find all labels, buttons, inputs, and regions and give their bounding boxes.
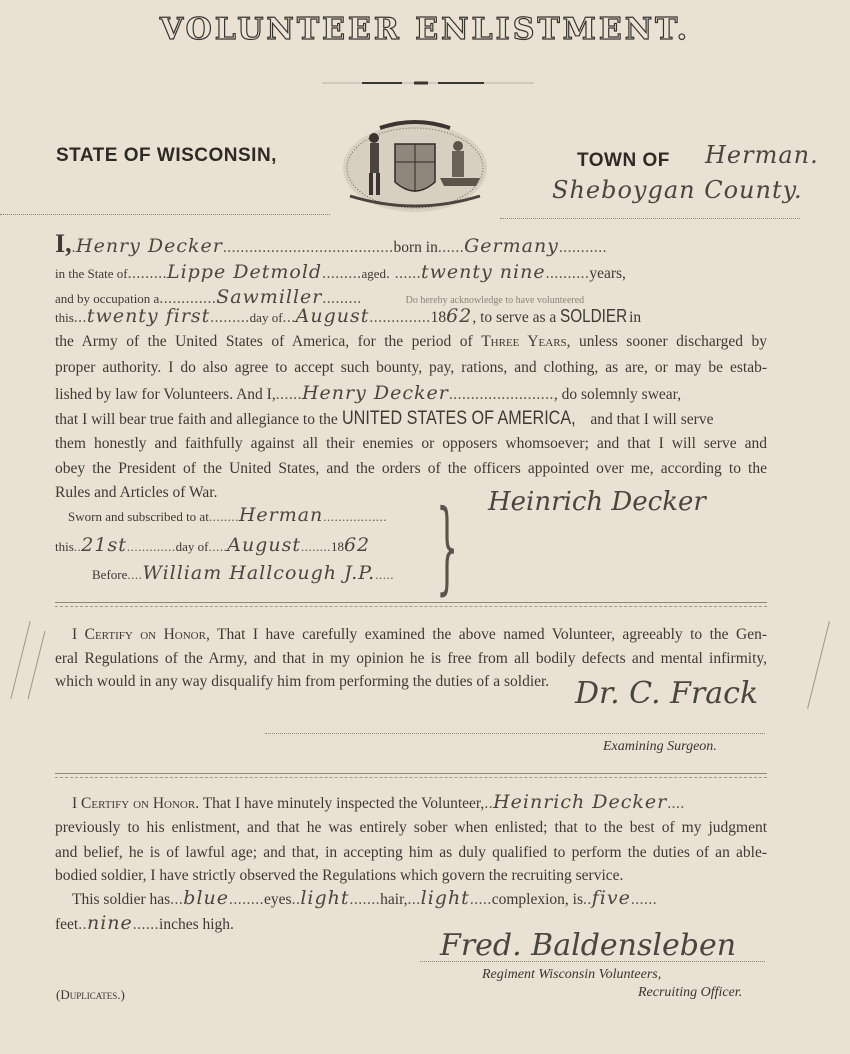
birth-state-field: Lippe Detmold (167, 261, 322, 283)
enlist-year-field: 62 (446, 305, 472, 327)
enlist-month-field: August (296, 305, 370, 327)
soldier-description-line: This soldier has...blue........eyes..lig… (72, 888, 767, 910)
sworn-bracket: } (436, 497, 458, 597)
volunteer-signature: Heinrich Decker (488, 487, 706, 517)
recruiter-signature: Fred. Baldensleben (440, 928, 736, 963)
county-name-handwritten: Sheboygan County. (552, 176, 803, 204)
sworn-day-field: 21st (81, 534, 127, 556)
enlistment-form: VOLUNTEER ENLISTMENT. STATE OF WISCONSIN… (0, 0, 850, 1054)
sworn-year-field: 62 (344, 534, 370, 556)
enlistment-line-state: in the State of.........Lippe Detmold...… (55, 262, 767, 284)
enlistment-para-6: obey the President of the United States,… (55, 459, 767, 479)
enlistment-para-4: that I will bear true faith and allegian… (55, 409, 767, 430)
surgeon-signature: Dr. C. Frack (575, 676, 758, 711)
town-name-handwritten: Herman. (705, 141, 819, 169)
feet-field: five (592, 887, 631, 909)
surgeon-cert-line-2: eral Regulations of the Army, and that i… (55, 649, 767, 669)
surgeon-title: Examining Surgeon. (603, 739, 717, 755)
regiment-label: Regiment Wisconsin Volunteers, (482, 967, 661, 983)
surgeon-cert-line-1: I Certify on Honor, That I have carefull… (72, 625, 767, 645)
enlistment-line-name: I,.Henry Decker.........................… (55, 234, 767, 258)
recruiter-cert-line-1: I Certify on Honor. That I have minutely… (72, 792, 767, 814)
enlistment-para-1: the Army of the United States of America… (55, 332, 767, 352)
recruiter-cert-line-4: bodied soldier, I have strictly observed… (55, 866, 767, 886)
officer-label: Recruiting Officer. (638, 985, 742, 1001)
recruiter-cert-line-3: and belief, he is of lawful age; and tha… (55, 843, 767, 863)
state-label: STATE OF WISCONSIN, (56, 145, 277, 167)
eyes-field: blue (183, 887, 229, 909)
sworn-before-line: Before....William Hallcough J.P...... (92, 563, 432, 585)
recruiter-signature-line (420, 961, 765, 962)
section-divider-2 (55, 773, 767, 778)
section-divider-1 (55, 602, 767, 607)
inches-field: nine (87, 912, 133, 934)
age-field: twenty nine (421, 261, 546, 283)
title-ornament-rule (322, 81, 534, 85)
document-title: VOLUNTEER ENLISTMENT. (0, 12, 850, 47)
enlistment-para-2: proper authority. I do also agree to acc… (55, 358, 767, 378)
birthplace-field: Germany (464, 235, 559, 257)
recruiter-cert-line-2: previously to his enlistment, and that h… (55, 818, 767, 838)
sworn-place-field: Herman (239, 504, 323, 526)
duplicates-note: (Duplicates.) (56, 987, 125, 1003)
sworn-before-field: William Hallcough J.P. (142, 562, 375, 584)
volunteer-name-field: Henry Decker (76, 235, 223, 257)
margin-mark-left-2 (28, 631, 46, 699)
complexion-field: light (421, 887, 470, 909)
enlistment-line-date: this...twenty first.........day of...Aug… (55, 306, 767, 328)
obscured-acknowledge-text: Do hereby acknowledge to have volunteere… (406, 295, 585, 306)
wisconsin-seal-icon (340, 116, 490, 212)
enlistment-para-5: them honestly and faithfully against all… (55, 434, 767, 454)
margin-mark-right (807, 621, 830, 709)
enlist-day-field: twenty first (87, 305, 210, 327)
town-label: TOWN OF (577, 150, 670, 172)
sworn-month-field: August (227, 534, 301, 556)
surgeon-signature-line (265, 733, 765, 734)
sworn-date-line: this..21st.............day of.....August… (55, 535, 435, 557)
oath-name-field: Henry Decker (302, 382, 449, 404)
enlistment-para-3: lished by law for Volunteers. And I,....… (55, 383, 767, 405)
header-rule-right (500, 218, 800, 219)
hair-field: light (300, 887, 349, 909)
sworn-at-line: Sworn and subscribed to at........Herman… (68, 505, 448, 527)
header-rule-left (0, 214, 330, 215)
inspected-volunteer-field: Heinrich Decker (493, 791, 667, 813)
margin-mark-left-1 (10, 621, 30, 699)
